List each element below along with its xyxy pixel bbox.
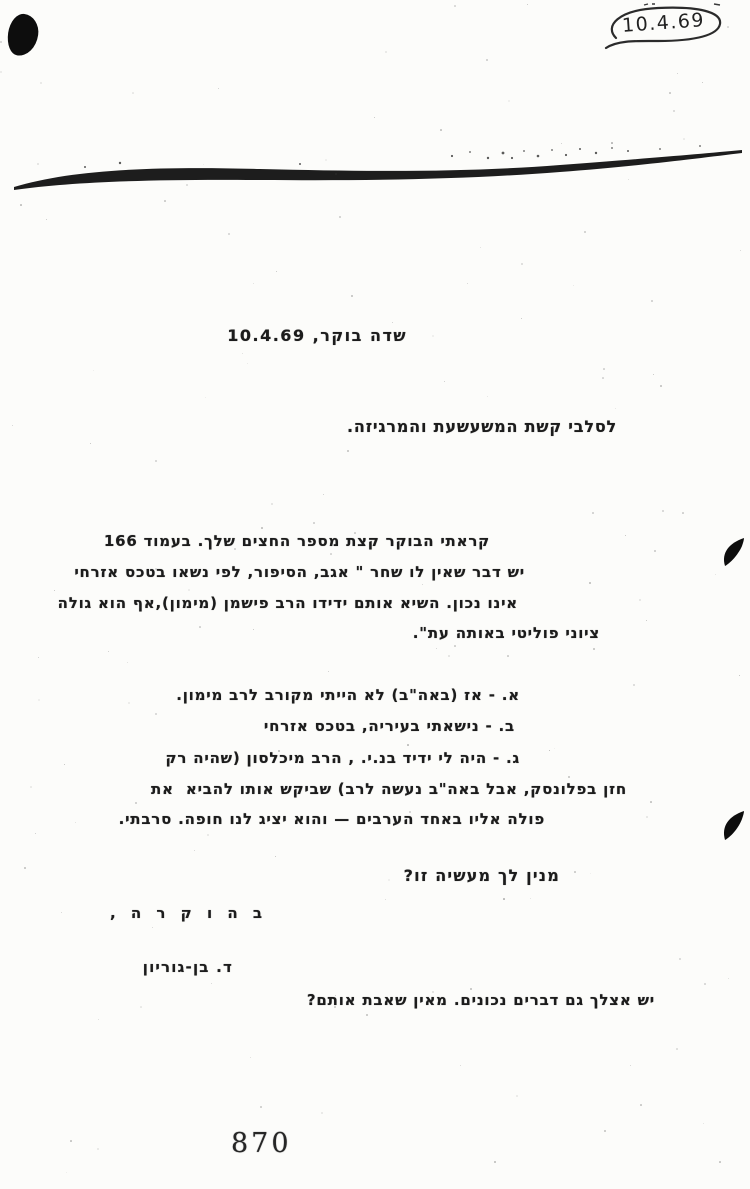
- scan-speck: [436, 648, 437, 649]
- scan-speck: [323, 494, 324, 495]
- scan-speck: [604, 1130, 606, 1132]
- scan-speck: [521, 263, 523, 265]
- handwritten-date-annotation: 10.4.69: [596, 2, 732, 58]
- scan-speck: [128, 702, 130, 704]
- scan-speck: [388, 879, 390, 881]
- scan-speck: [676, 1048, 678, 1050]
- scan-speck: [653, 374, 654, 375]
- scan-speck: [12, 425, 13, 426]
- scan-speck: [639, 599, 641, 601]
- scan-speck: [61, 912, 62, 913]
- scan-speck: [90, 443, 91, 444]
- scan-speck: [164, 200, 166, 202]
- scan-speck: [347, 450, 349, 452]
- scan-speck: [677, 73, 678, 74]
- scan-speck: [554, 748, 555, 749]
- scan-speck: [276, 271, 277, 272]
- scan-speck: [530, 898, 531, 899]
- scan-speck: [37, 163, 39, 165]
- scan-speck: [155, 460, 157, 462]
- scan-speck: [132, 92, 134, 94]
- scan-speck: [651, 300, 653, 302]
- scan-speck: [339, 216, 341, 218]
- scan-speck: [728, 978, 729, 979]
- scan-speck: [480, 247, 481, 248]
- scan-speck: [242, 353, 243, 354]
- scan-speck: [628, 179, 629, 180]
- scan-speck: [40, 82, 42, 84]
- scan-speck: [24, 867, 26, 869]
- scan-speck: [561, 143, 562, 144]
- scan-speck: [253, 629, 254, 630]
- scan-speck: [374, 117, 375, 118]
- scan-speck: [503, 898, 505, 900]
- scan-speck: [35, 833, 36, 834]
- scan-speck: [275, 856, 276, 857]
- scan-speck: [228, 233, 230, 235]
- scan-speck: [740, 250, 741, 251]
- scan-speck: [679, 958, 681, 960]
- scan-speck: [584, 231, 586, 233]
- scan-speck: [593, 648, 595, 650]
- scan-speck: [127, 662, 128, 663]
- scan-speck: [70, 1140, 72, 1142]
- scan-speck: [261, 527, 263, 529]
- scan-speck: [422, 584, 423, 585]
- list-item-a: א. - אז (באה"ב) לא הייתי מקורב לרב מימון…: [176, 685, 520, 705]
- scan-speck: [516, 1095, 518, 1097]
- scan-speck: [549, 750, 550, 751]
- scan-speck: [715, 574, 716, 575]
- scan-speck: [568, 776, 570, 778]
- question-line: מנין לך מעשיה זו?: [404, 866, 560, 886]
- closing-line: ב ה ו ק ר ה ,: [110, 903, 267, 923]
- scan-speck: [194, 850, 195, 851]
- salutation-line: לסלבי קשת המשעשעת והמרגיזה.: [347, 417, 617, 437]
- scan-speck: [66, 1172, 67, 1173]
- page-number: 870: [231, 1128, 292, 1159]
- scan-speck: [203, 164, 204, 165]
- scan-speck: [703, 1123, 704, 1124]
- body-line-4: ציוני פוליטי באותה עת".: [413, 623, 600, 643]
- scan-speck: [188, 589, 190, 591]
- body-line-1: קראתי הבוקר קצת מספר החצים שלך. בעמוד 16…: [104, 531, 490, 551]
- body-line-3: אינו נכון. השיא אותם ידידו הרב פישמן (מי…: [58, 593, 518, 613]
- scan-speck: [325, 159, 327, 161]
- margin-crescent-top: [716, 534, 750, 570]
- scan-speck: [603, 368, 605, 370]
- scan-speck: [673, 110, 675, 112]
- scan-speck: [205, 397, 206, 398]
- scan-speck: [739, 675, 740, 676]
- scan-speck: [0, 41, 2, 43]
- date-line: שדה בוקר, 10.4.69: [227, 326, 407, 346]
- scan-speck: [328, 671, 329, 672]
- scan-speck: [199, 626, 201, 628]
- scan-speck: [702, 82, 703, 83]
- scan-speck: [330, 553, 332, 555]
- scan-speck: [633, 684, 635, 686]
- scan-speck: [448, 655, 450, 657]
- scan-speck: [207, 834, 209, 836]
- scan-speck: [487, 396, 488, 397]
- scan-speck: [508, 100, 510, 102]
- scan-speck: [247, 363, 248, 364]
- scan-speck: [640, 1104, 642, 1106]
- scan-speck: [135, 802, 137, 804]
- scan-speck: [460, 1065, 461, 1066]
- list-continuation-1: חזן בפלונסק, אבל באה"ב נעשה לרב) שביקש א…: [151, 779, 627, 799]
- scan-speck: [662, 510, 664, 512]
- scan-speck: [527, 4, 528, 5]
- scan-speck: [630, 1065, 631, 1066]
- scan-speck: [683, 138, 685, 140]
- scan-speck: [521, 318, 522, 319]
- corner-ink-blob: [5, 12, 41, 58]
- scan-speck: [54, 590, 55, 591]
- scan-speck: [64, 764, 65, 765]
- scan-speck: [611, 142, 613, 144]
- scan-speck: [260, 1106, 262, 1108]
- scan-speck: [704, 983, 706, 985]
- margin-crescent-bottom: [716, 806, 750, 844]
- list-continuation-2: פולה אליו באחד הערבים — והוא יציג לנו חו…: [119, 809, 545, 829]
- scan-speck: [335, 173, 337, 175]
- scan-speck: [98, 1019, 99, 1020]
- scan-speck: [271, 503, 273, 505]
- scan-speck: [218, 88, 219, 89]
- postscript-line: יש אצלך גם דברים נכונים. מאין שאבת אותם?: [307, 990, 655, 1010]
- scan-speck: [467, 283, 468, 284]
- scan-speck: [507, 655, 509, 657]
- scan-speck: [592, 512, 594, 514]
- scan-speck: [407, 744, 409, 746]
- scan-speck: [97, 1148, 99, 1150]
- scan-speck: [155, 713, 157, 715]
- scan-speck: [392, 322, 393, 323]
- scan-speck: [682, 512, 684, 514]
- scan-speck: [440, 129, 442, 131]
- scan-speck: [494, 1161, 496, 1163]
- scan-speck: [573, 285, 574, 286]
- scan-speck: [75, 822, 76, 823]
- scan-speck: [366, 1014, 368, 1016]
- scan-speck: [186, 184, 188, 186]
- scan-speck: [38, 657, 39, 658]
- body-line-2: יש דבר שאין לו שחר " אגב, הסיפור, לפי נש…: [74, 562, 525, 582]
- signature-line: ד. בן-גוריון: [143, 957, 233, 977]
- scan-speck: [152, 927, 153, 928]
- scan-speck: [719, 1161, 721, 1163]
- scan-speck: [444, 381, 445, 382]
- scan-speck: [250, 1057, 251, 1058]
- scan-speck: [140, 1006, 142, 1008]
- scanned-letter-page: 10.4.69 שדה בוקר, 10.4.69 לסלבי קשת המשע…: [0, 0, 750, 1189]
- scan-speck: [313, 522, 315, 524]
- scan-speck: [211, 983, 212, 984]
- list-item-c: ג. - היה לי ידיד בנ.י. , הרב מיכלסון (שה…: [166, 748, 520, 768]
- scan-speck: [0, 71, 2, 73]
- scan-speck: [454, 5, 456, 7]
- scan-speck: [574, 871, 576, 873]
- scan-speck: [108, 651, 109, 652]
- scan-speck: [253, 283, 254, 284]
- scan-speck: [432, 335, 434, 337]
- scan-speck: [321, 1112, 323, 1114]
- scan-speck: [660, 385, 662, 387]
- scan-speck: [46, 219, 47, 220]
- scan-speck: [615, 408, 616, 409]
- scan-speck: [650, 801, 652, 803]
- scan-speck: [602, 377, 604, 379]
- scan-speck: [646, 620, 647, 621]
- scan-speck: [385, 51, 387, 53]
- scan-speck: [38, 699, 40, 701]
- scan-speck: [486, 59, 488, 61]
- scan-speck: [625, 535, 626, 536]
- scan-speck: [669, 92, 671, 94]
- scan-speck: [30, 786, 32, 788]
- scan-speck: [590, 873, 591, 874]
- scan-speck: [351, 295, 353, 297]
- scan-speck: [385, 899, 386, 900]
- scan-speck: [454, 645, 456, 647]
- scan-speck: [93, 370, 94, 371]
- scan-speck: [589, 582, 591, 584]
- scan-speck: [646, 816, 648, 818]
- scan-speck: [654, 550, 656, 552]
- scan-speck: [20, 204, 22, 206]
- list-item-b: ב. - נישאתי בעיריה, בטכס אזרחי: [264, 716, 515, 736]
